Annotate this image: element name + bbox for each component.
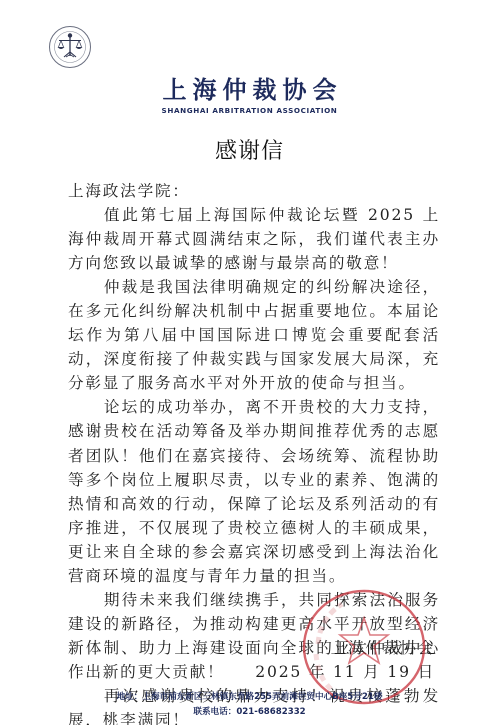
footer-address: 地址：上海市浦东新区三林镇东育路255弄前滩世贸中心B座5号21楼 [0, 690, 499, 705]
scales-of-justice-seal-icon [48, 25, 92, 69]
signature-date: 2025 年 11 月 19 日 [255, 660, 435, 684]
footer-phone: 联系电话：021-68682332 [0, 705, 499, 720]
signature-block: 上海仲裁协会 2025 年 11 月 19 日 [255, 636, 435, 684]
org-brand: 上海仲裁协会 SHANGHAI ARBITRATION ASSOCIATION [0, 76, 499, 116]
letter-title: 感谢信 [0, 138, 499, 166]
signature-org: 上海仲裁协会 [255, 636, 435, 660]
paragraph-1: 值此第七届上海国际仲裁论坛暨 2025 上海仲裁周开幕式圆满结束之际，我们谨代表… [68, 203, 440, 275]
paragraph-3: 论坛的成功举办，离不开贵校的大力支持，感谢贵校在活动筹备及举办期间推荐优秀的志愿… [68, 395, 440, 587]
org-name-en: SHANGHAI ARBITRATION ASSOCIATION [0, 106, 499, 116]
footer: 地址：上海市浦东新区三林镇东育路255弄前滩世贸中心B座5号21楼 联系电话：0… [0, 690, 499, 720]
logo-seal [48, 25, 92, 69]
paragraph-2: 仲裁是我国法律明确规定的纠纷解决途径，在多元化纠纷解决机制中占据重要地位。本届论… [68, 275, 440, 395]
org-name-cn: 上海仲裁协会 [0, 76, 499, 104]
salutation: 上海政法学院： [68, 179, 440, 203]
